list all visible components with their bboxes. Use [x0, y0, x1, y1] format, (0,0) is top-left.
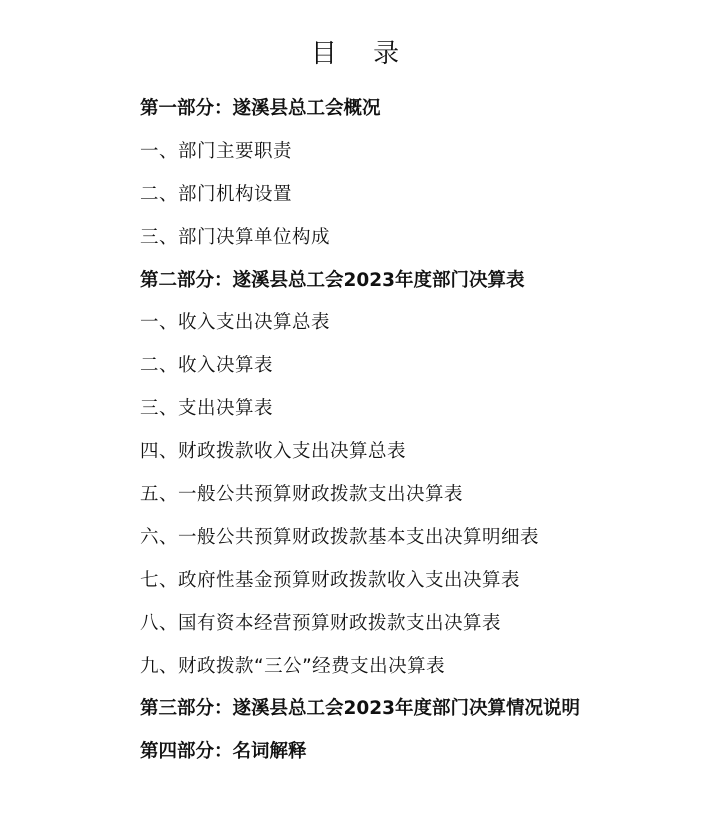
toc-item: 六、一般公共预算财政拨款基本支出决算明细表 [140, 523, 580, 566]
toc-item: 四、财政拨款收入支出决算总表 [140, 437, 580, 480]
toc-part-2: 第二部分：遂溪县总工会2023年度部门决算表 [140, 266, 580, 309]
page-title: 目 录 [0, 36, 710, 72]
toc-item: 三、部门决算单位构成 [140, 223, 580, 266]
toc-item: 二、收入决算表 [140, 351, 580, 394]
toc-item: 七、政府性基金预算财政拨款收入支出决算表 [140, 566, 580, 609]
toc-item: 一、部门主要职责 [140, 137, 580, 180]
toc-item: 九、财政拨款“三公”经费支出决算表 [140, 652, 580, 695]
toc-item: 八、国有资本经营预算财政拨款支出决算表 [140, 609, 580, 652]
toc-item: 三、支出决算表 [140, 394, 580, 437]
table-of-contents: 第一部分：遂溪县总工会概况 一、部门主要职责 二、部门机构设置 三、部门决算单位… [140, 94, 580, 780]
toc-part-1: 第一部分：遂溪县总工会概况 [140, 94, 580, 137]
toc-item: 五、一般公共预算财政拨款支出决算表 [140, 480, 580, 523]
toc-part-4: 第四部分：名词解释 [140, 737, 580, 780]
toc-item: 二、部门机构设置 [140, 180, 580, 223]
toc-item: 一、收入支出决算总表 [140, 308, 580, 351]
toc-part-3: 第三部分：遂溪县总工会2023年度部门决算情况说明 [140, 694, 580, 737]
